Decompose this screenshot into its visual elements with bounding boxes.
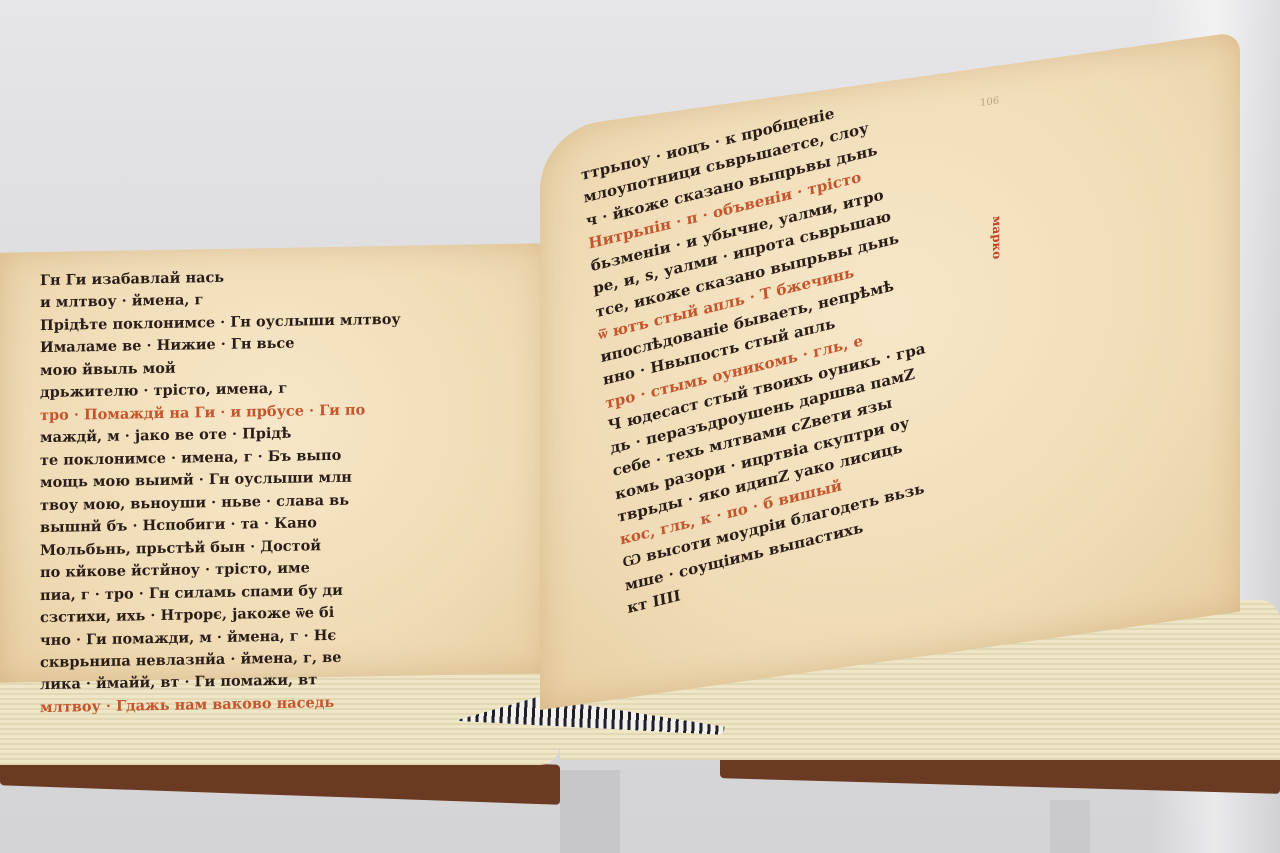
left-page: Гн Ги изабавлай нась и млтвоу · ймена, г… [0,243,548,683]
left-page-text: Гн Ги изабавлай нась и млтвоу · ймена, г… [40,264,401,720]
margin-note: марко [990,215,1004,260]
museum-display-case: Гн Ги изабавлай нась и млтвоу · ймена, г… [0,0,1280,853]
page-number: 106 [980,95,999,109]
right-page-text: ттрьпоу · иоцъ · к пробщеніе млоупотници… [580,86,946,620]
open-manuscript-book: Гн Ги изабавлай нась и млтвоу · ймена, г… [0,0,1280,853]
right-page: ттрьпоу · иоцъ · к пробщеніе млоупотници… [540,32,1240,710]
